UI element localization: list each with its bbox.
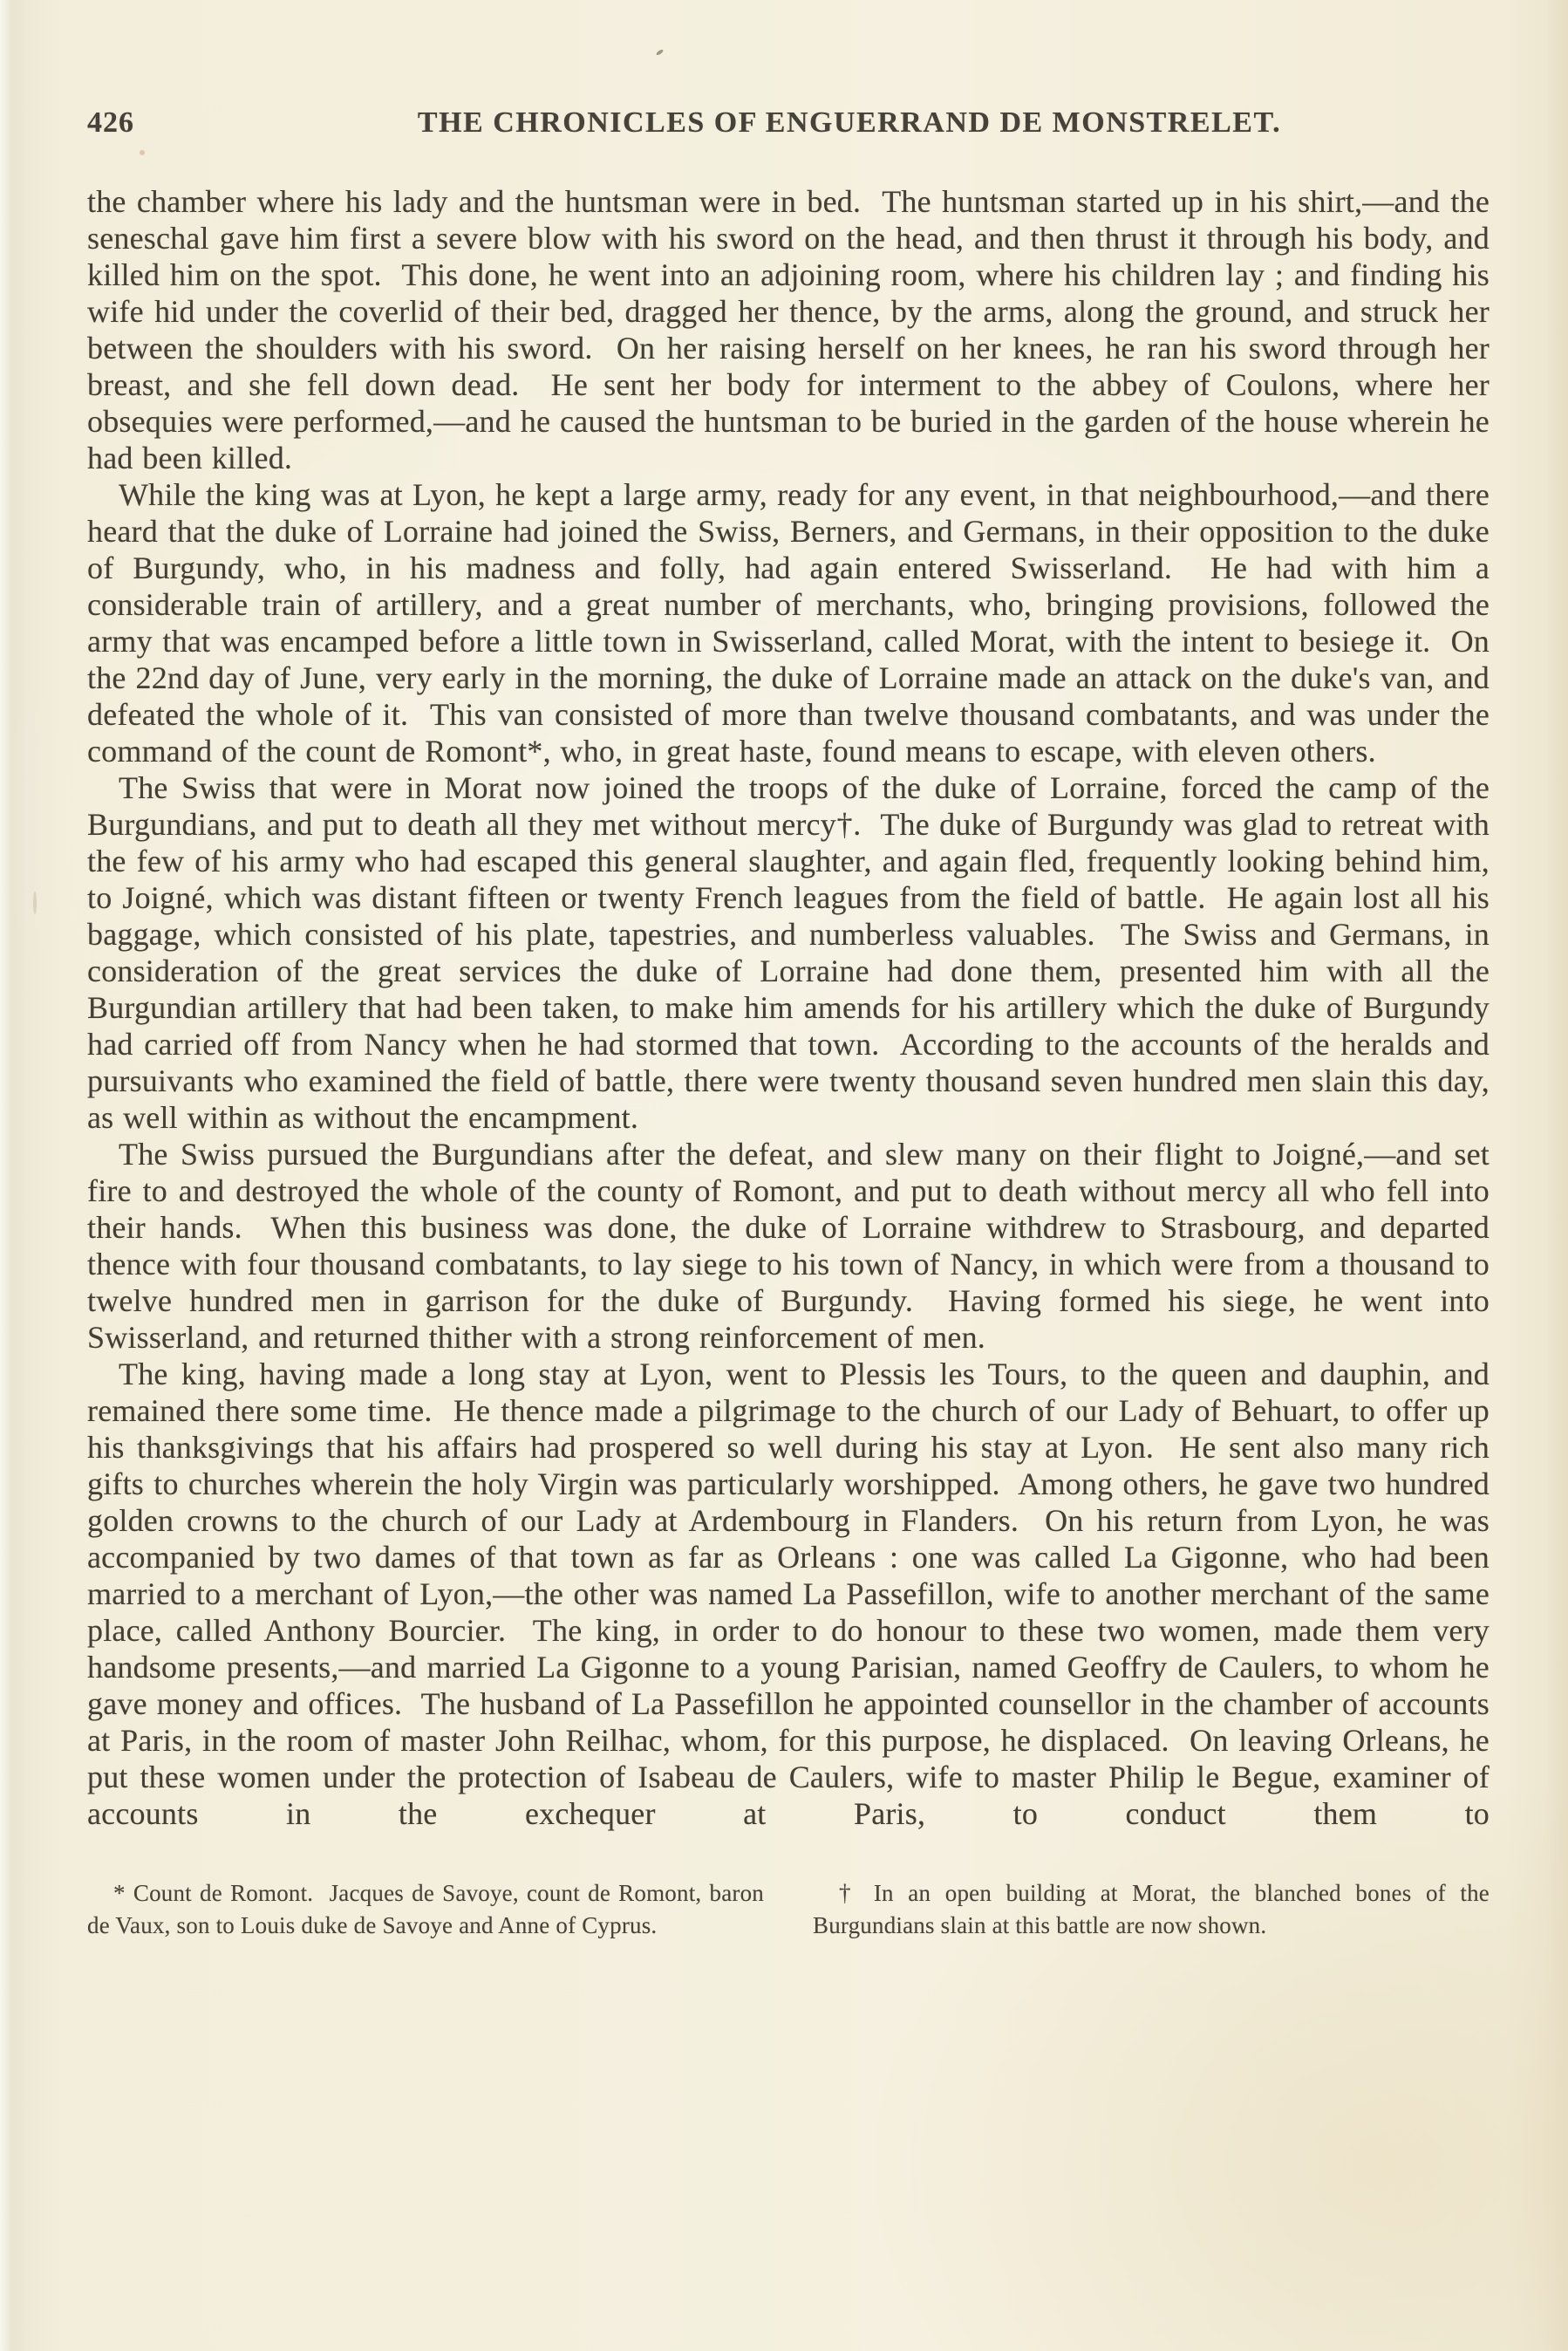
paragraph: The Swiss that were in Morat now joined … bbox=[87, 769, 1490, 1136]
paragraph: the chamber where his lady and the hunts… bbox=[87, 183, 1490, 476]
paragraph: The Swiss pursued the Burgundians after … bbox=[87, 1136, 1490, 1356]
running-head: 426 THE CHRONICLES OF ENGUERRAND DE MONS… bbox=[87, 106, 1490, 140]
footnote-right: † In an open building at Morat, the blan… bbox=[813, 1877, 1490, 1942]
paragraph: While the king was at Lyon, he kept a la… bbox=[87, 476, 1490, 769]
paragraph: The king, having made a long stay at Lyo… bbox=[87, 1356, 1490, 1832]
book-page: 426 THE CHRONICLES OF ENGUERRAND DE MONS… bbox=[0, 0, 1568, 2351]
page-title: THE CHRONICLES OF ENGUERRAND DE MONSTREL… bbox=[209, 106, 1490, 140]
footnote-left: * Count de Romont. Jacques de Savoye, co… bbox=[87, 1877, 764, 1942]
body-text: the chamber where his lady and the hunts… bbox=[87, 183, 1490, 1832]
page-number: 426 bbox=[87, 106, 209, 140]
page-content: 426 THE CHRONICLES OF ENGUERRAND DE MONS… bbox=[0, 0, 1568, 1942]
footnotes: * Count de Romont. Jacques de Savoye, co… bbox=[87, 1877, 1490, 1942]
